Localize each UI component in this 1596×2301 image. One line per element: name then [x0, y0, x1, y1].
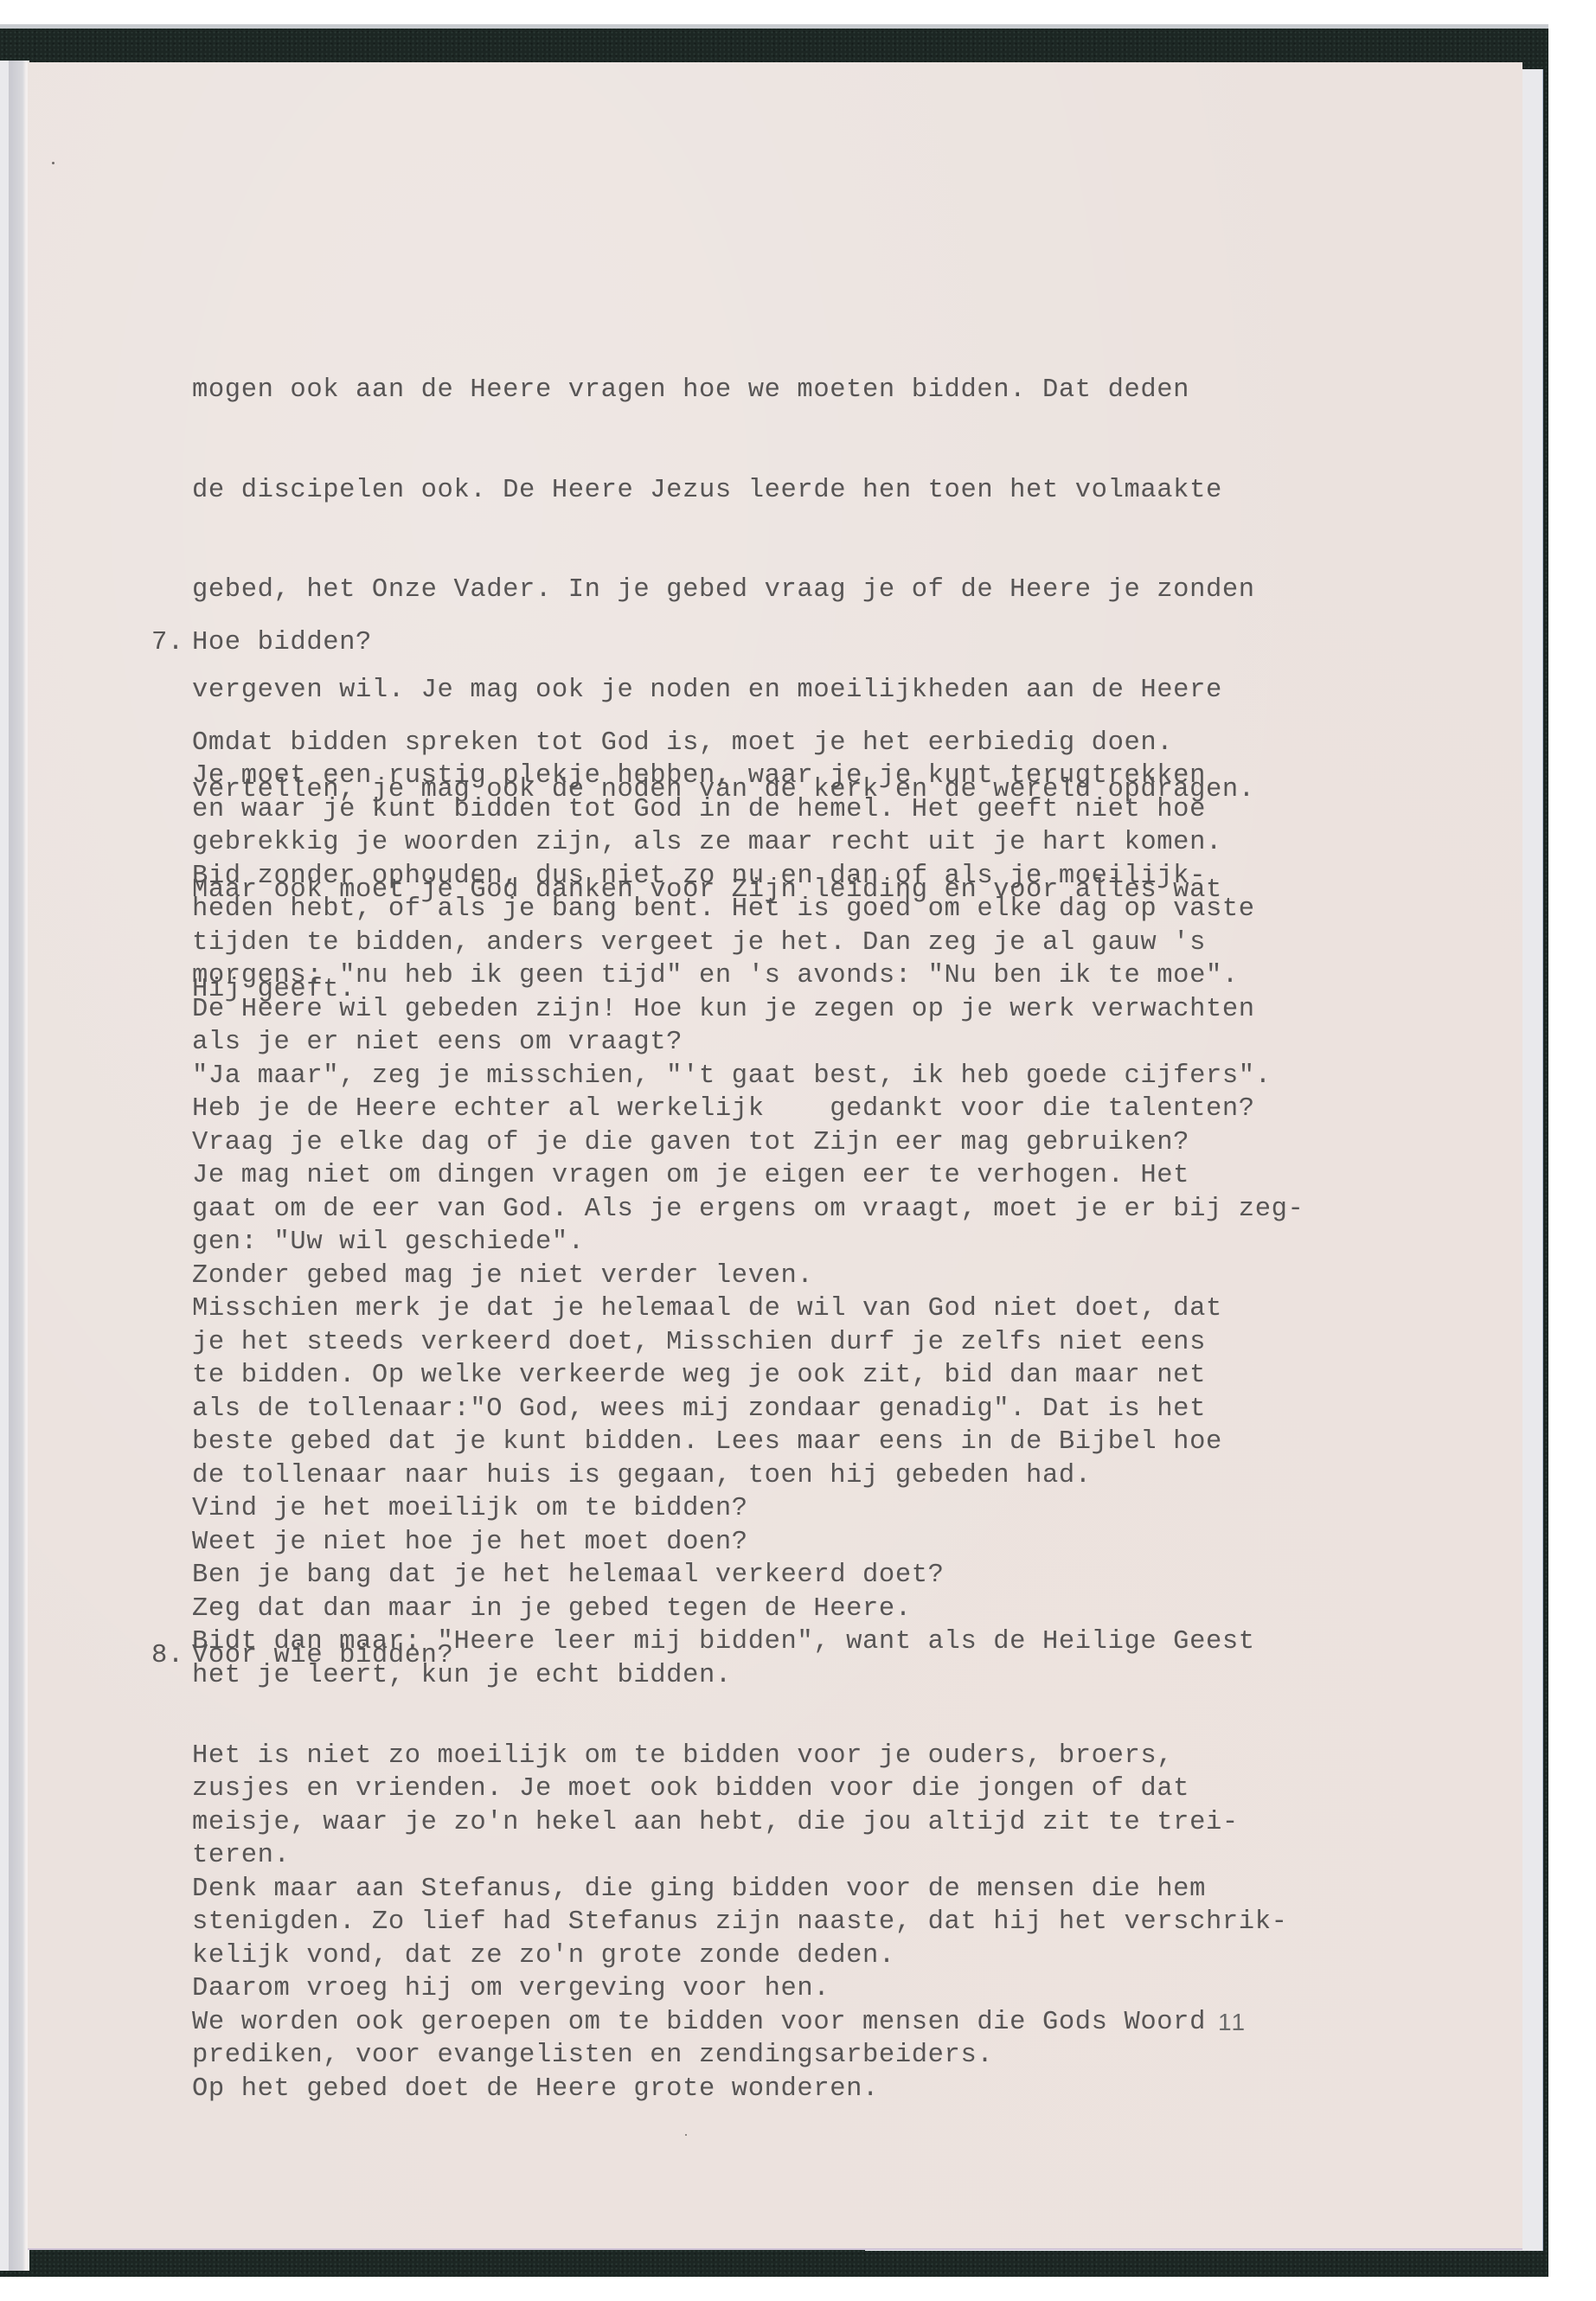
text-line: als de tollenaar:"O God, wees mij zondaa…	[192, 1393, 1304, 1426]
paper-speck	[52, 162, 54, 164]
text-line: Je mag niet om dingen vragen om je eigen…	[192, 1159, 1304, 1193]
section-body: Het is niet zo moeilijk om te bidden voo…	[151, 1740, 1288, 2106]
section-number: 7.	[151, 626, 192, 660]
text-line: Daarom vroeg hij om vergeving voor hen.	[192, 1972, 1288, 2006]
text-line: Omdat bidden spreken tot God is, moet je…	[192, 727, 1304, 760]
page-number: 11	[1218, 2009, 1247, 2036]
page-stack-edge	[0, 61, 29, 2271]
text-line: stenigden. Zo lief had Stefanus zijn naa…	[192, 1906, 1288, 1939]
section-heading: 7.Hoe bidden?	[151, 626, 1304, 660]
cover-top-edge	[0, 24, 1548, 29]
text-line: Misschien merk je dat je helemaal de wil…	[192, 1292, 1304, 1326]
text-line: gen: "Uw wil geschiede".	[192, 1226, 1304, 1259]
text-line: als je er niet eens om vraagt?	[192, 1026, 1304, 1060]
text-line: de tollenaar naar huis is gegaan, toen h…	[192, 1459, 1304, 1493]
text-line: gaat om de eer van God. Als je ergens om…	[192, 1193, 1304, 1227]
section-number: 8.	[151, 1639, 192, 1673]
text-line: en waar je kunt bidden tot God in de hem…	[192, 793, 1304, 827]
text-line: De Heere wil gebeden zijn! Hoe kun je ze…	[192, 993, 1304, 1027]
section-hoe-bidden: 7.Hoe bidden? Omdat bidden spreken tot G…	[151, 560, 1304, 1726]
section-body: Omdat bidden spreken tot God is, moet je…	[151, 727, 1304, 1693]
text-line: de discipelen ook. De Heere Jezus leerde…	[192, 474, 1255, 508]
text-line: Weet je niet hoe je het moet doen?	[192, 1526, 1304, 1560]
section-title: Hoe bidden?	[192, 628, 372, 657]
section-heading: 8.Voor wie bidden?	[151, 1639, 1288, 1673]
text-line: heden hebt, of als je bang bent. Het is …	[192, 893, 1304, 926]
text-line: "Ja maar", zeg je misschien, "'t gaat be…	[192, 1060, 1304, 1093]
text-line: Op het gebed doet de Heere grote wondere…	[192, 2073, 1288, 2106]
text-line: tijden te bidden, anders vergeet je het.…	[192, 926, 1304, 960]
text-line: Vraag je elke dag of je die gaven tot Zi…	[192, 1126, 1304, 1160]
text-line: beste gebed dat je kunt bidden. Lees maa…	[192, 1426, 1304, 1459]
text-line: gebrekkig je woorden zijn, als ze maar r…	[192, 826, 1304, 860]
text-line: Heb je de Heere echter al werkelijk geda…	[192, 1093, 1304, 1126]
text-line: meisje, waar je zo'n hekel aan hebt, die…	[192, 1806, 1288, 1840]
text-line: Denk maar aan Stefanus, die ging bidden …	[192, 1873, 1288, 1907]
text-line: Zonder gebed mag je niet verder leven.	[192, 1259, 1304, 1293]
text-line: prediken, voor evangelisten en zendingsa…	[192, 2039, 1288, 2073]
text-line: zusjes en vrienden. Je moet ook bidden v…	[192, 1772, 1288, 1806]
text-line: kelijk vond, dat ze zo'n grote zonde ded…	[192, 1939, 1288, 1973]
text-line: teren.	[192, 1839, 1288, 1873]
text-line: Vind je het moeilijk om te bidden?	[192, 1492, 1304, 1526]
section-title: Voor wie bidden?	[192, 1641, 453, 1670]
section-voor-wie-bidden: 8.Voor wie bidden? Het is niet zo moeili…	[151, 1573, 1288, 2139]
text-line: Je moet een rustig plekje hebben, waar j…	[192, 760, 1304, 793]
text-line: Het is niet zo moeilijk om te bidden voo…	[192, 1740, 1288, 1773]
text-line: te bidden. Op welke verkeerde weg je ook…	[192, 1359, 1304, 1393]
text-line: morgens: "nu heb ik geen tijd" en 's avo…	[192, 959, 1304, 993]
text-line: We worden ook geroepen om te bidden voor…	[192, 2006, 1288, 2040]
text-line: je het steeds verkeerd doet, Misschien d…	[192, 1326, 1304, 1360]
text-line: mogen ook aan de Heere vragen hoe we moe…	[192, 374, 1255, 407]
text-line: Bid zonder ophouden, dus niet zo nu en d…	[192, 860, 1304, 894]
